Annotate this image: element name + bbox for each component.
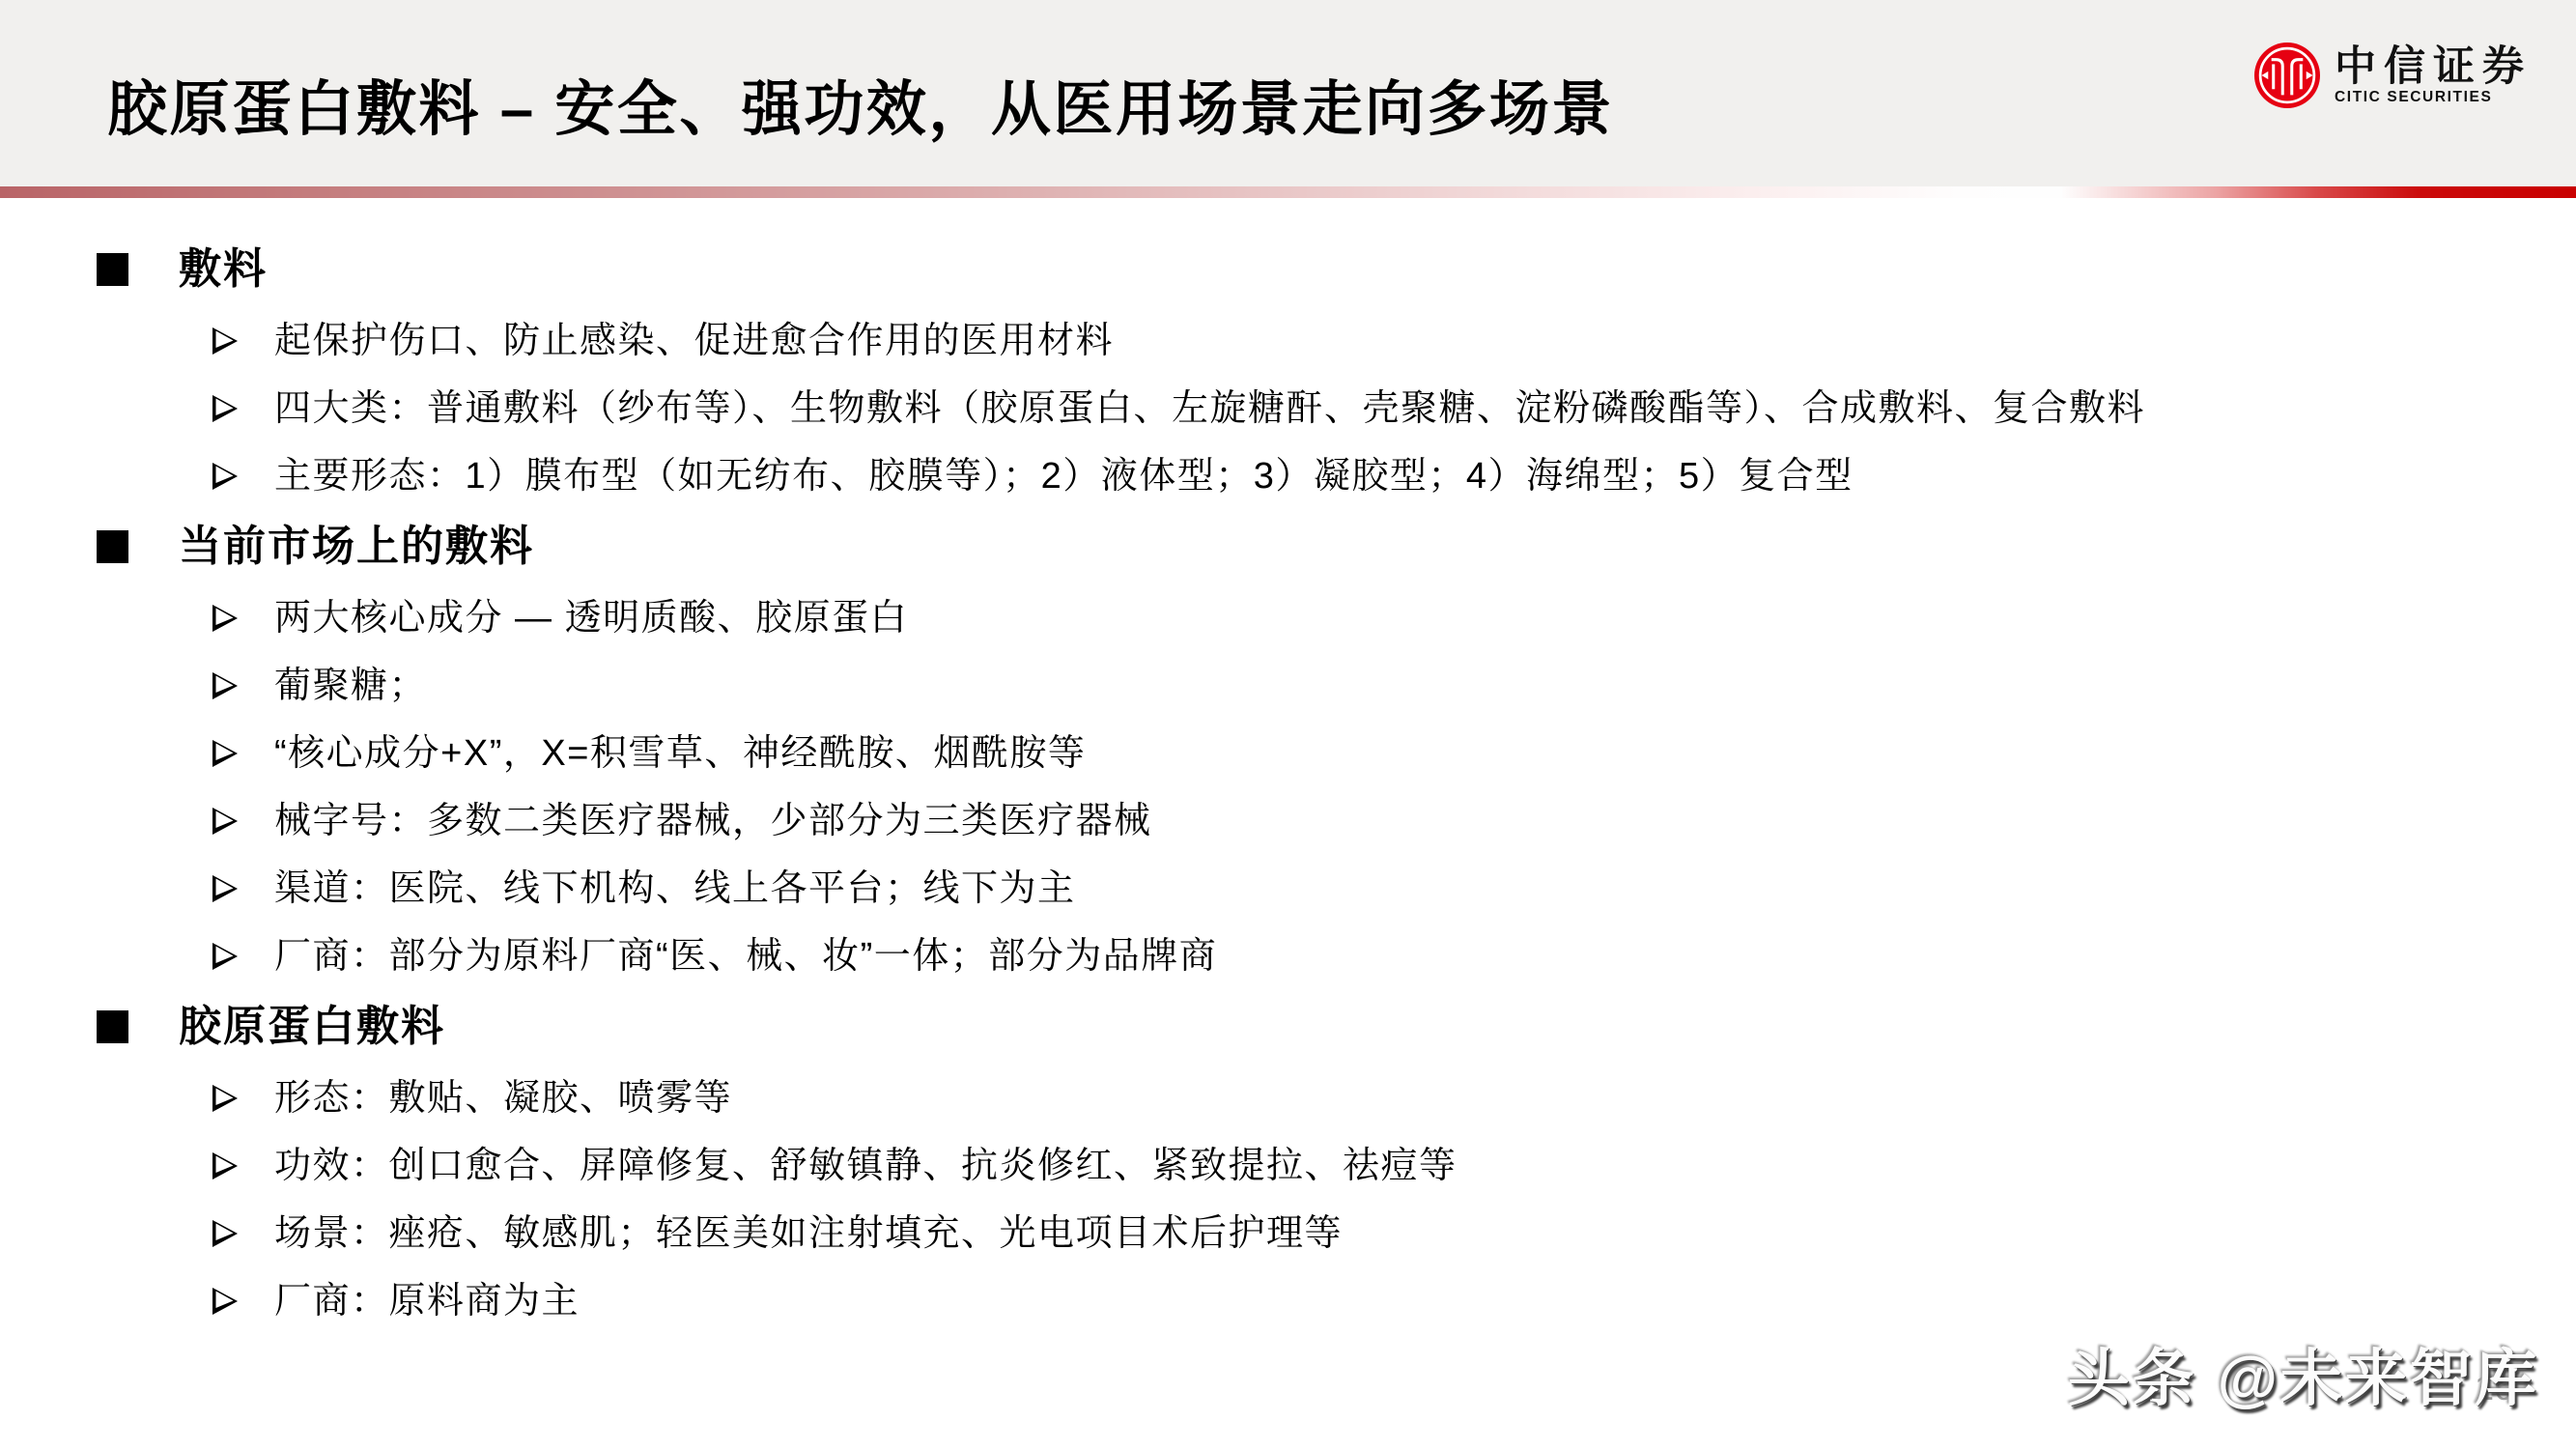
bullet-item: 厂商：部分为原料厂商“医、械、妆”一体；部分为品牌商	[208, 937, 2576, 976]
bullet-text: “核心成分+X”，X=积雪草、神经酰胺、烟酰胺等	[274, 734, 1086, 773]
slide-content: 敷料 起保护伤口、防止感染、促进愈合作用的医用材料 四大类：普通敷料（纱布等）、…	[0, 247, 2576, 1350]
bullet-text: 形态：敷贴、凝胶、喷雾等	[274, 1079, 732, 1118]
bullet-text: 主要形态：1）膜布型（如无纺布、胶膜等）；2）液体型；3）凝胶型；4）海绵型；5…	[274, 457, 1854, 496]
arrow-bullet-icon	[208, 391, 242, 426]
bullet-item: 厂商：原料商为主	[208, 1282, 2576, 1321]
arrow-bullet-icon	[208, 668, 242, 703]
section-heading: 敷料	[179, 247, 268, 292]
citic-logo: 中信证券 CITIC SECURITIES	[2254, 43, 2532, 108]
content-section: 胶原蛋白敷料 形态：敷贴、凝胶、喷雾等 功效：创口愈合、屏障修复、舒敏镇静、抗炎…	[0, 1005, 2576, 1321]
slide: 胶原蛋白敷料 – 安全、强功效，从医用场景走向多场景 中信证券 CITIC SE…	[0, 0, 2576, 1449]
bullet-text: 械字号：多数二类医疗器械，少部分为三类医疗器械	[274, 802, 1152, 840]
square-bullet-icon	[97, 253, 128, 286]
header-accent-bar	[0, 186, 2576, 198]
bullet-item: 械字号：多数二类医疗器械，少部分为三类医疗器械	[208, 802, 2576, 840]
citic-logo-icon	[2254, 43, 2320, 108]
bullet-item: 四大类：普通敷料（纱布等）、生物敷料（胶原蛋白、左旋糖酐、壳聚糖、淀粉磷酸酯等）…	[208, 389, 2576, 428]
bullet-item: 渠道：医院、线下机构、线上各平台；线下为主	[208, 869, 2576, 908]
arrow-bullet-icon	[208, 1216, 242, 1251]
slide-header: 胶原蛋白敷料 – 安全、强功效，从医用场景走向多场景 中信证券 CITIC SE…	[0, 0, 2576, 186]
section-heading: 当前市场上的敷料	[179, 525, 534, 569]
arrow-bullet-icon	[208, 459, 242, 494]
watermark: 头条 @未来智库	[2068, 1329, 2539, 1418]
arrow-bullet-icon	[208, 939, 242, 974]
bullet-item: 主要形态：1）膜布型（如无纺布、胶膜等）；2）液体型；3）凝胶型；4）海绵型；5…	[208, 457, 2576, 496]
bullet-item: 场景：痤疮、敏感肌；轻医美如注射填充、光电项目术后护理等	[208, 1214, 2576, 1253]
arrow-bullet-icon	[208, 1284, 242, 1319]
arrow-bullet-icon	[208, 324, 242, 358]
section-heading: 胶原蛋白敷料	[179, 1005, 445, 1049]
bullet-text: 四大类：普通敷料（纱布等）、生物敷料（胶原蛋白、左旋糖酐、壳聚糖、淀粉磷酸酯等）…	[274, 389, 2145, 428]
bullet-item: 两大核心成分 — 透明质酸、胶原蛋白	[208, 599, 2576, 638]
arrow-bullet-icon	[208, 804, 242, 838]
content-section: 当前市场上的敷料 两大核心成分 — 透明质酸、胶原蛋白 葡聚糖； “核心成分+X…	[0, 525, 2576, 976]
bullet-item: “核心成分+X”，X=积雪草、神经酰胺、烟酰胺等	[208, 734, 2576, 773]
bullet-text: 渠道：医院、线下机构、线上各平台；线下为主	[274, 869, 1076, 908]
bullet-item: 功效：创口愈合、屏障修复、舒敏镇静、抗炎修红、紧致提拉、祛痘等	[208, 1147, 2576, 1185]
bullet-text: 功效：创口愈合、屏障修复、舒敏镇静、抗炎修红、紧致提拉、祛痘等	[274, 1147, 1458, 1185]
arrow-bullet-icon	[208, 601, 242, 636]
bullet-text: 厂商：原料商为主	[274, 1282, 580, 1321]
bullet-text: 两大核心成分 — 透明质酸、胶原蛋白	[274, 599, 908, 638]
bullet-item: 起保护伤口、防止感染、促进愈合作用的医用材料	[208, 322, 2576, 360]
arrow-bullet-icon	[208, 1149, 242, 1183]
section-heading-row: 敷料	[97, 247, 2576, 292]
logo-zh-name: 中信证券	[2335, 44, 2532, 89]
bullet-item: 形态：敷贴、凝胶、喷雾等	[208, 1079, 2576, 1118]
section-heading-row: 当前市场上的敷料	[97, 525, 2576, 569]
page-title: 胶原蛋白敷料 – 安全、强功效，从医用场景走向多场景	[107, 61, 1614, 147]
bullet-text: 场景：痤疮、敏感肌；轻医美如注射填充、光电项目术后护理等	[274, 1214, 1343, 1253]
content-section: 敷料 起保护伤口、防止感染、促进愈合作用的医用材料 四大类：普通敷料（纱布等）、…	[0, 247, 2576, 496]
arrow-bullet-icon	[208, 1081, 242, 1116]
logo-text: 中信证券 CITIC SECURITIES	[2335, 44, 2532, 106]
bullet-text: 厂商：部分为原料厂商“医、械、妆”一体；部分为品牌商	[274, 937, 1217, 976]
bullet-text: 起保护伤口、防止感染、促进愈合作用的医用材料	[274, 322, 1114, 360]
logo-en-name: CITIC SECURITIES	[2335, 89, 2492, 106]
bullet-item: 葡聚糖；	[208, 667, 2576, 705]
square-bullet-icon	[97, 530, 128, 563]
square-bullet-icon	[97, 1010, 128, 1043]
arrow-bullet-icon	[208, 871, 242, 906]
section-heading-row: 胶原蛋白敷料	[97, 1005, 2576, 1049]
arrow-bullet-icon	[208, 736, 242, 771]
bullet-text: 葡聚糖；	[274, 667, 427, 705]
